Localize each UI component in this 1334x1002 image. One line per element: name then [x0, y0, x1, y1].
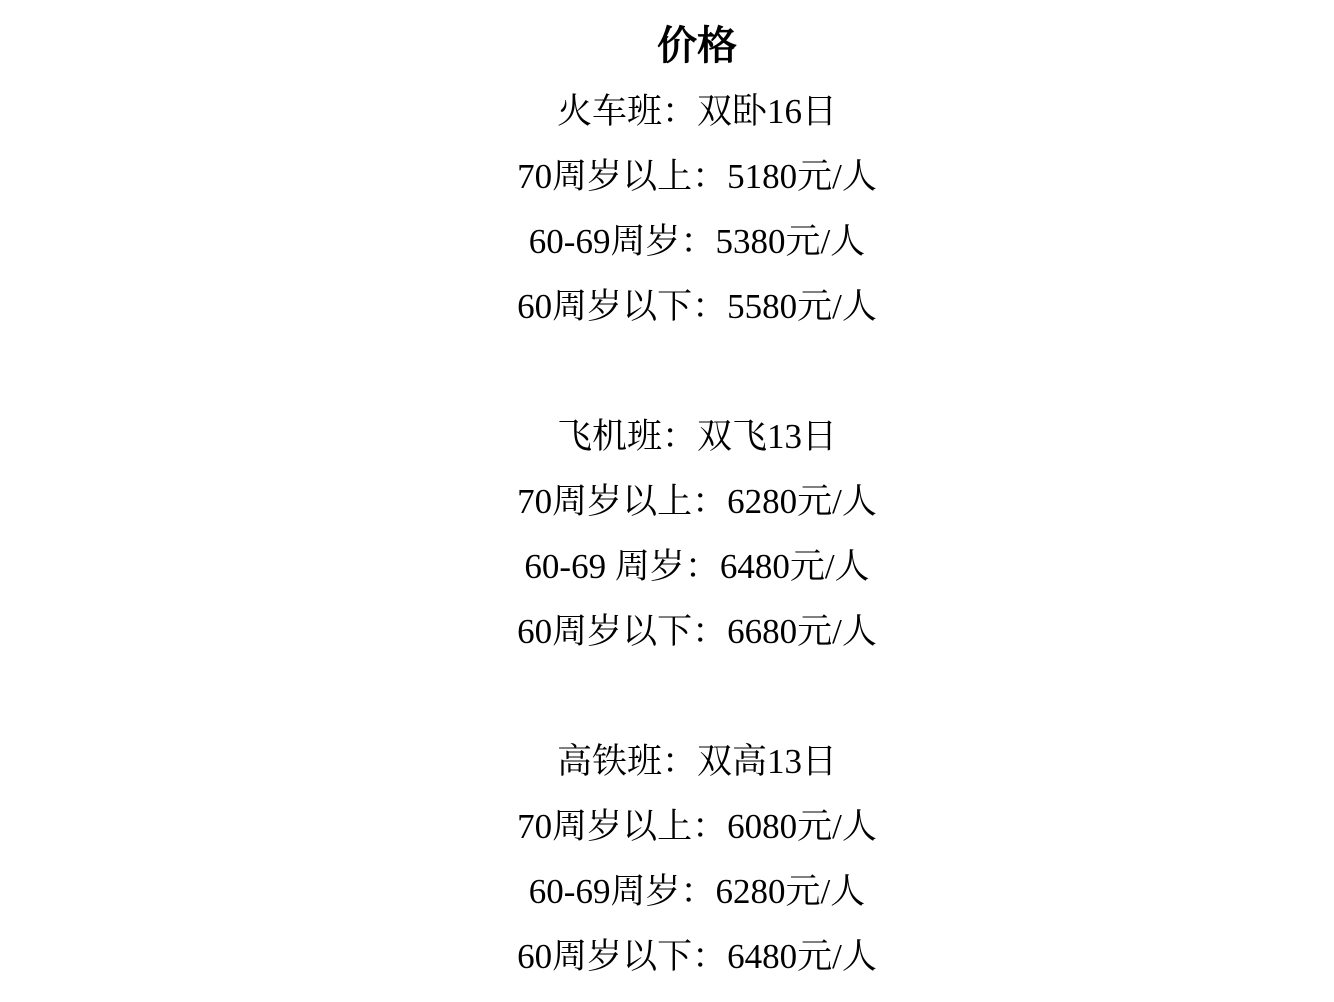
- highspeed-rail-section-header: 高铁班：双高13日: [60, 729, 1334, 794]
- section-gap: [60, 664, 1334, 729]
- section-highspeed-rail: 高铁班：双高13日 70周岁以上：6080元/人 60-69周岁：6280元/人…: [60, 729, 1334, 989]
- price-document: 价格 火车班：双卧16日 70周岁以上：5180元/人 60-69周岁：5380…: [0, 0, 1334, 1002]
- price-line-over-70: 70周岁以上：5180元/人: [60, 144, 1334, 209]
- section-flight: 飞机班：双飞13日 70周岁以上：6280元/人 60-69 周岁：6480元/…: [60, 404, 1334, 664]
- price-line-over-70: 70周岁以上：6280元/人: [60, 469, 1334, 534]
- document-body: 价格 火车班：双卧16日 70周岁以上：5180元/人 60-69周岁：5380…: [60, 14, 1334, 989]
- train-section-header: 火车班：双卧16日: [60, 79, 1334, 144]
- flight-section-header: 飞机班：双飞13日: [60, 404, 1334, 469]
- price-line-60-69: 60-69周岁：5380元/人: [60, 209, 1334, 274]
- page-title: 价格: [60, 14, 1334, 79]
- price-line-60-69: 60-69周岁：6280元/人: [60, 859, 1334, 924]
- section-train: 火车班：双卧16日 70周岁以上：5180元/人 60-69周岁：5380元/人…: [60, 79, 1334, 339]
- section-gap: [60, 339, 1334, 404]
- price-line-60-69: 60-69 周岁：6480元/人: [60, 534, 1334, 599]
- price-line-under-60: 60周岁以下：6680元/人: [60, 599, 1334, 664]
- price-line-over-70: 70周岁以上：6080元/人: [60, 794, 1334, 859]
- price-line-under-60: 60周岁以下：5580元/人: [60, 274, 1334, 339]
- price-line-under-60: 60周岁以下：6480元/人: [60, 924, 1334, 989]
